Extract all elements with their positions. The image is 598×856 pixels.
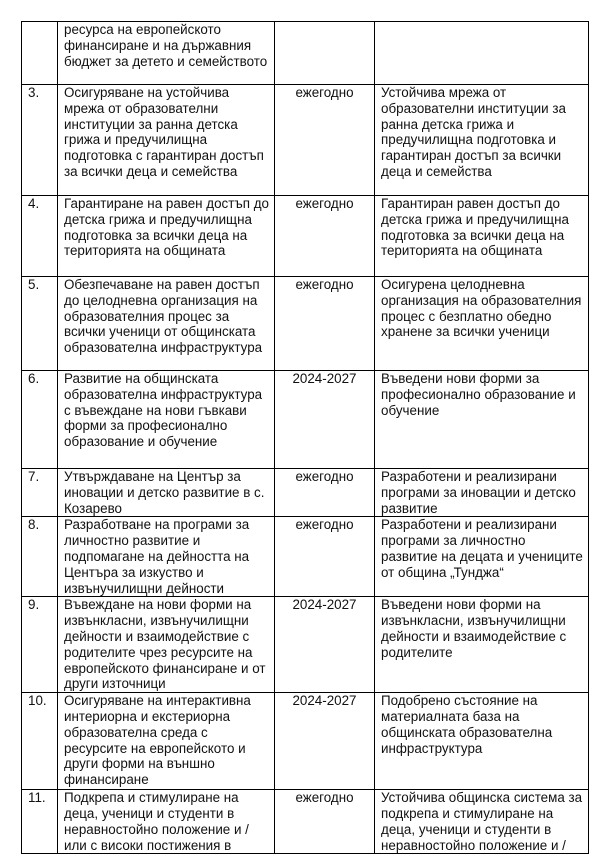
term-cell bbox=[275, 22, 375, 85]
table-row: 8. Разработване на програми за личностно… bbox=[22, 517, 589, 597]
term-cell: 2024-2027 bbox=[275, 597, 375, 693]
term-cell: 2024-2027 bbox=[275, 693, 375, 790]
result-cell: Разработени и реализирани програми за ли… bbox=[375, 517, 589, 597]
activity-cell: Утвърждаване на Център за иновации и дет… bbox=[58, 469, 275, 517]
table-row: ресурса на европейското финансиране и на… bbox=[22, 22, 589, 85]
term-cell: ежегодно bbox=[275, 85, 375, 196]
term-cell: 2024-2027 bbox=[275, 371, 375, 469]
table-row: 10. Осигуряване на интерактивна интериор… bbox=[22, 693, 589, 790]
row-number: 6. bbox=[22, 371, 58, 469]
result-cell: Осигурена целодневна организация на обра… bbox=[375, 277, 589, 371]
activity-cell: Осигуряване на интерактивна интериорна и… bbox=[58, 693, 275, 790]
table-row: 11. Подкрепа и стимулиране на деца, учен… bbox=[22, 790, 589, 854]
measures-table: ресурса на европейското финансиране и на… bbox=[21, 21, 589, 854]
row-number: 7. bbox=[22, 469, 58, 517]
term-cell: ежегодно bbox=[275, 790, 375, 854]
activity-cell: Разработване на програми за личностно ра… bbox=[58, 517, 275, 597]
result-cell: Гарантиран равен достъп до детска грижа … bbox=[375, 196, 589, 277]
result-cell: Устойчива общинска система за подкрепа и… bbox=[375, 790, 589, 854]
row-number: 4. bbox=[22, 196, 58, 277]
table-row: 4. Гарантиране на равен достъп до детска… bbox=[22, 196, 589, 277]
result-cell bbox=[375, 22, 589, 85]
activity-cell: ресурса на европейското финансиране и на… bbox=[58, 22, 275, 85]
result-cell: Устойчива мрежа от образователни институ… bbox=[375, 85, 589, 196]
row-number: 9. bbox=[22, 597, 58, 693]
row-number: 5. bbox=[22, 277, 58, 371]
table-row: 5. Обезпечаване на равен достъп до целод… bbox=[22, 277, 589, 371]
term-cell: ежегодно bbox=[275, 196, 375, 277]
result-cell: Въведени нови форми на извънкласни, извъ… bbox=[375, 597, 589, 693]
table-row: 6. Развитие на общинската образователна … bbox=[22, 371, 589, 469]
row-number: 10. bbox=[22, 693, 58, 790]
row-number: 3. bbox=[22, 85, 58, 196]
row-number bbox=[22, 22, 58, 85]
result-cell: Подобрено състояние на материалната база… bbox=[375, 693, 589, 790]
table-row: 9. Въвеждане на нови форми на извънкласн… bbox=[22, 597, 589, 693]
table-row: 3. Осигуряване на устойчива мрежа от обр… bbox=[22, 85, 589, 196]
activity-cell: Развитие на общинската образователна инф… bbox=[58, 371, 275, 469]
term-cell: ежегодно bbox=[275, 517, 375, 597]
row-number: 8. bbox=[22, 517, 58, 597]
result-cell: Въведени нови форми за професионално обр… bbox=[375, 371, 589, 469]
result-cell: Разработени и реализирани програми за ин… bbox=[375, 469, 589, 517]
activity-cell: Осигуряване на устойчива мрежа от образо… bbox=[58, 85, 275, 196]
row-number: 11. bbox=[22, 790, 58, 854]
table-row: 7. Утвърждаване на Център за иновации и … bbox=[22, 469, 589, 517]
activity-cell: Обезпечаване на равен достъп до целоднев… bbox=[58, 277, 275, 371]
term-cell: ежегодно bbox=[275, 277, 375, 371]
activity-cell: Подкрепа и стимулиране на деца, ученици … bbox=[58, 790, 275, 854]
activity-cell: Гарантиране на равен достъп до детска гр… bbox=[58, 196, 275, 277]
activity-cell: Въвеждане на нови форми на извънкласни, … bbox=[58, 597, 275, 693]
term-cell: ежегодно bbox=[275, 469, 375, 517]
